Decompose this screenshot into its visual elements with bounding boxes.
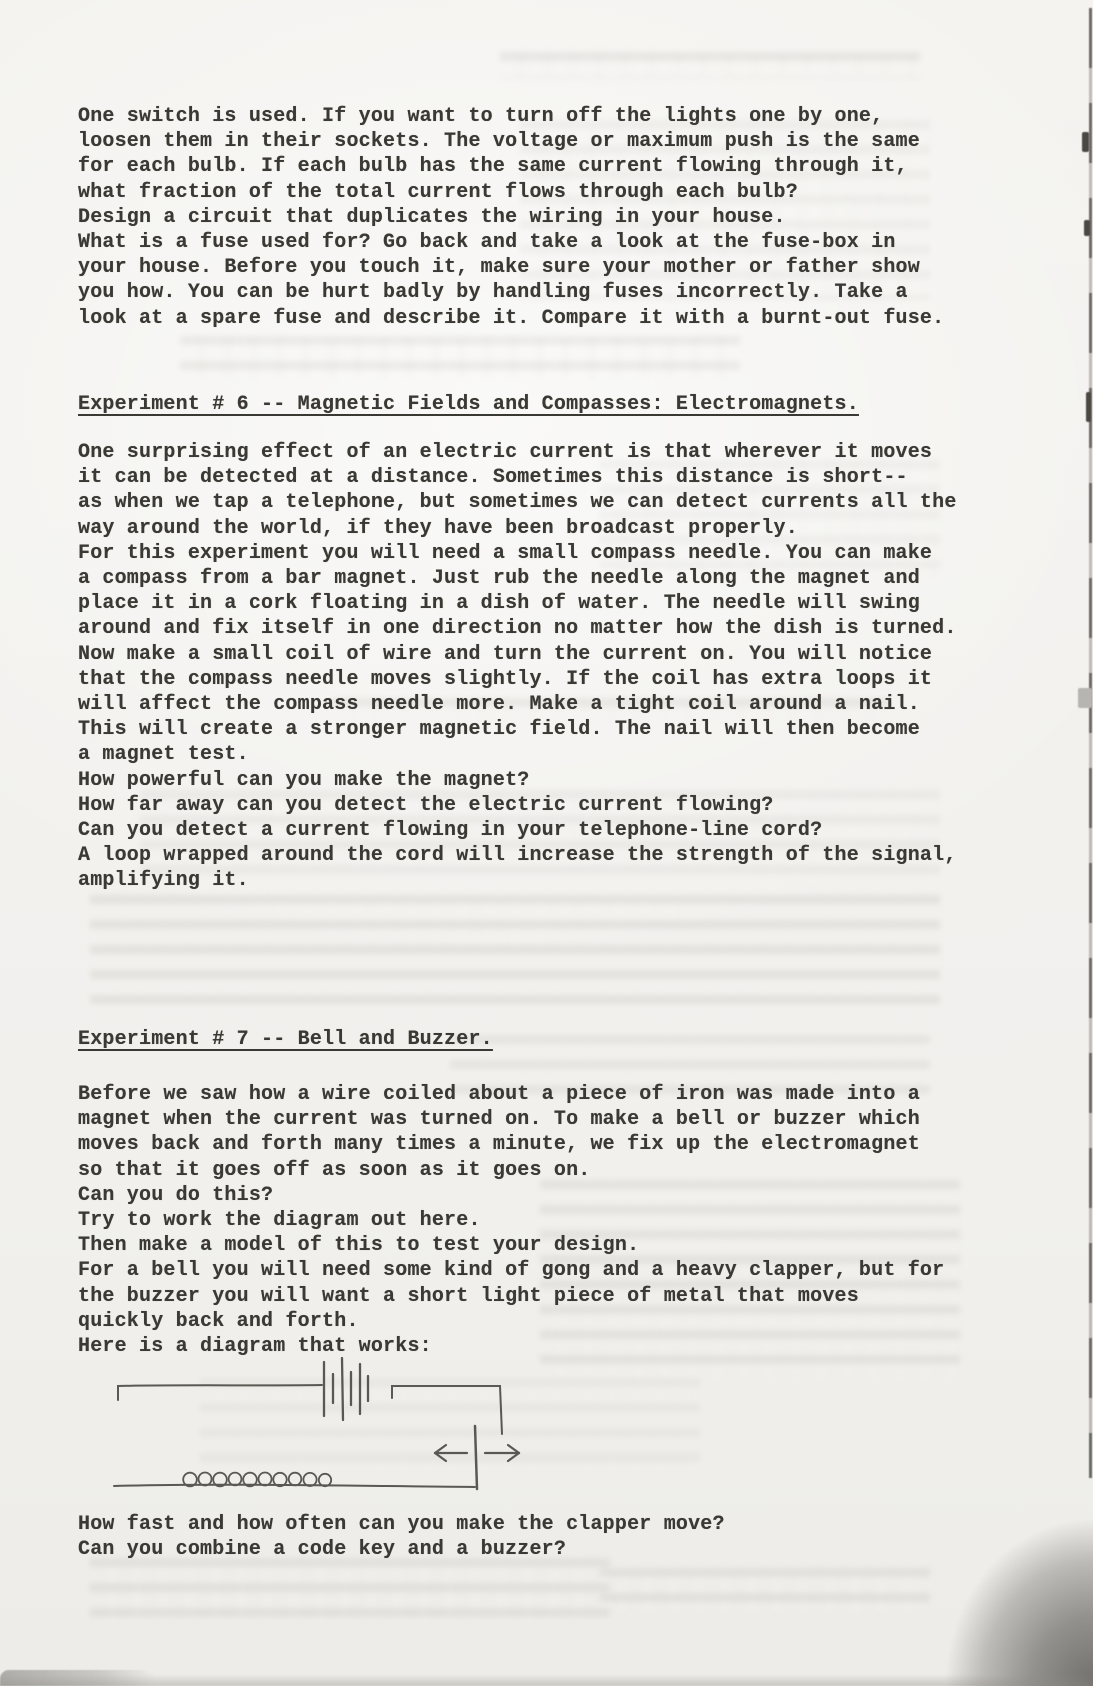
bleedthrough-smudge (500, 52, 920, 78)
circuit-diagram (96, 1356, 528, 1506)
scan-edge-artifact (1078, 688, 1092, 708)
paragraph-closing-questions: How fast and how often can you make the … (78, 1512, 725, 1562)
scan-edge-artifact (1086, 392, 1091, 422)
heading-experiment-7: Experiment # 7 -- Bell and Buzzer. (78, 1027, 493, 1052)
paragraph-intro-fuses: One switch is used. If you want to turn … (78, 104, 944, 331)
wire-top-left (118, 1385, 322, 1400)
right-arrow-icon (485, 1445, 519, 1461)
paragraph-experiment-7: Before we saw how a wire coiled about a … (78, 1082, 944, 1359)
heading-experiment-6: Experiment # 6 -- Magnetic Fields and Co… (78, 392, 859, 417)
bleedthrough-smudge (90, 1558, 610, 1620)
scanned-page: One switch is used. If you want to turn … (0, 0, 1093, 1686)
wire-top-right (392, 1386, 502, 1434)
bottom-edge-shadow (0, 1674, 1093, 1686)
page-curl-shadow (863, 1436, 1093, 1686)
scan-edge-artifact (1082, 132, 1089, 152)
bleedthrough-smudge (90, 895, 940, 1020)
paragraph-experiment-6: One surprising effect of an electric cur… (78, 440, 957, 894)
left-arrow-icon (435, 1445, 467, 1461)
battery-icon (324, 1358, 368, 1420)
bleedthrough-smudge (180, 336, 740, 378)
scan-edge-artifact (1084, 220, 1090, 236)
clapper-line (475, 1426, 477, 1489)
